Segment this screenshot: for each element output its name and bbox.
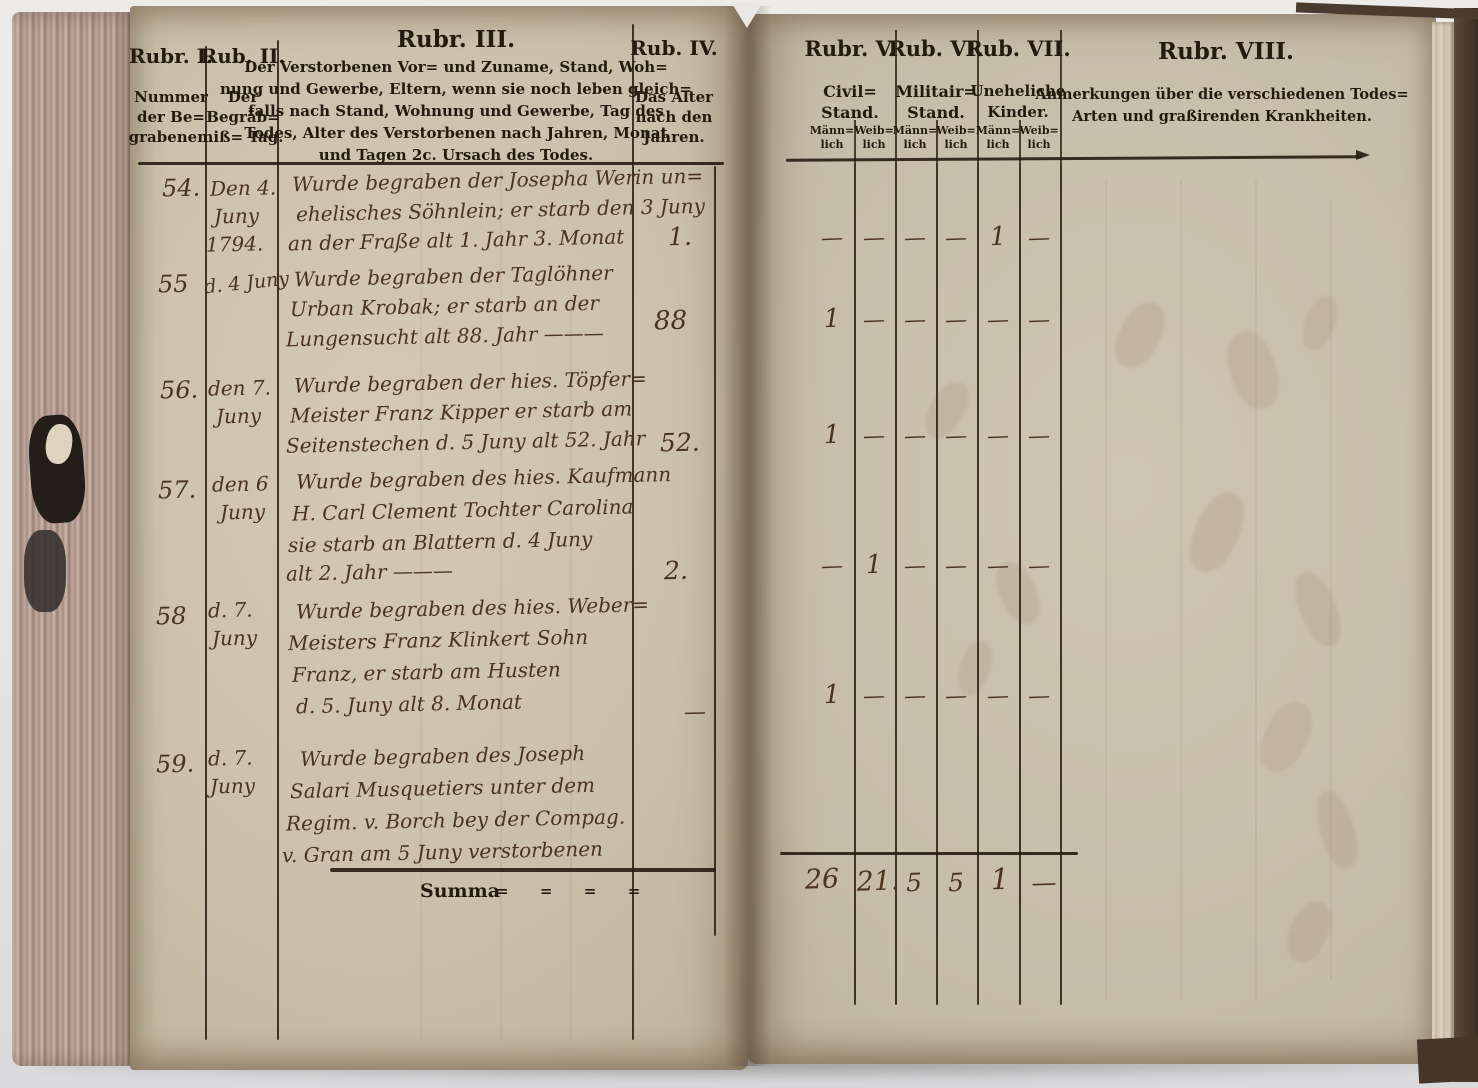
left-column-rule-4 xyxy=(714,166,716,936)
entry-age: 1. xyxy=(668,222,692,251)
tally-cell: — xyxy=(1028,424,1051,450)
tally-cell: — xyxy=(1028,554,1051,580)
tally-cell: — xyxy=(904,308,927,334)
tally-cell: 1 xyxy=(823,420,841,451)
tally-cell: 1 xyxy=(823,680,841,711)
tally-cell: — xyxy=(945,554,968,580)
subheader-female: Weib= xyxy=(854,124,894,137)
col1-heading-line: Nummer xyxy=(134,88,208,106)
left-summa-line xyxy=(330,868,716,872)
entry-date-line: Juny xyxy=(220,500,266,525)
col5-heading-line: Civil= xyxy=(823,82,877,101)
col4-heading-line: Jahren. xyxy=(643,128,704,146)
summary-total: 5 xyxy=(906,868,923,898)
tally-cell: — xyxy=(1028,308,1051,334)
subheader-male: Männ= xyxy=(893,124,938,137)
entry-age: — xyxy=(684,700,707,725)
entry-number: 54. xyxy=(162,174,201,203)
col8-heading-line: Arten und graßirenden Krankheiten. xyxy=(1072,108,1372,125)
col3-heading-line: und Tagen 2c. Ursach des Todes. xyxy=(319,146,593,164)
tally-cell: — xyxy=(904,226,927,252)
tally-cell: — xyxy=(821,554,844,580)
tally-cell: 1 xyxy=(989,222,1007,253)
right-fore-edge-pages xyxy=(1432,22,1456,1048)
entry-date-line: Juny xyxy=(210,774,256,799)
tally-cell: 1 xyxy=(823,304,841,335)
left-column-rule-1 xyxy=(205,46,207,1040)
tally-cell: — xyxy=(945,684,968,710)
col3-heading-line: falls nach Stand, Wohnung und Gewerbe, T… xyxy=(248,102,664,120)
entry-number: 55 xyxy=(158,270,189,299)
entry-date-line: 1794. xyxy=(206,231,264,256)
entry-number: 56. xyxy=(160,376,199,405)
rubric-7-label: Rub. VII. xyxy=(965,36,1070,61)
col3-heading-line: nung und Gewerbe, Eltern, wenn sie noch … xyxy=(220,80,692,98)
subheader-female: lich xyxy=(1027,138,1050,151)
right-summa-line xyxy=(780,852,1078,855)
tally-cell: — xyxy=(945,226,968,252)
tally-cell: — xyxy=(904,684,927,710)
summary-total: 21. xyxy=(856,865,900,897)
book-cover-bottom-corner xyxy=(1417,1036,1478,1083)
tally-cell: — xyxy=(987,308,1010,334)
subheader-male: Männ= xyxy=(976,124,1021,137)
entry-date-line: Den 4. xyxy=(210,175,277,200)
tally-rule-3 xyxy=(936,162,938,1005)
tally-cell: — xyxy=(904,424,927,450)
tally-cell: — xyxy=(863,684,886,710)
entry-date-line: d. 7. xyxy=(208,746,253,771)
col1-heading-line: grabenen. xyxy=(129,128,214,146)
col6-heading-line: Militair= xyxy=(895,82,977,101)
tally-cell: — xyxy=(863,424,886,450)
tally-cell: — xyxy=(945,424,968,450)
summa-dash-marks: = = = = xyxy=(496,882,640,900)
photo-of-open-burial-register: Rubr. I. Rub. II. Rubr. III. Rub. IV. Nu… xyxy=(0,0,1478,1088)
paper-crease xyxy=(1180,180,1182,1000)
col7-heading-line: Kinder. xyxy=(987,103,1048,121)
entry-number: 58 xyxy=(156,602,187,631)
entry-age: 88 xyxy=(654,306,688,337)
entry-date-line: Juny xyxy=(212,626,258,651)
tally-rule-6 xyxy=(1060,162,1062,1005)
entry-number: 57. xyxy=(158,476,197,505)
tally-cell: — xyxy=(1028,684,1051,710)
rubric-5-label: Rubr. V. xyxy=(804,36,895,61)
tally-cell: — xyxy=(904,554,927,580)
gutter-top-notch xyxy=(731,2,763,28)
entry-date-line: d. 7. xyxy=(208,598,253,623)
tally-rule-4 xyxy=(977,162,979,1005)
col4-heading-line: Das Alter xyxy=(635,88,713,106)
entry-text-line: alt 2. Jahr ——— xyxy=(286,558,453,585)
entry-text-line: d. 5. Juny alt 8. Monat xyxy=(296,690,522,719)
col1-heading-line: der Be= xyxy=(137,108,205,126)
entry-number: 59. xyxy=(156,750,195,779)
col3-heading-line: Der Verstorbenen Vor= und Zuname, Stand,… xyxy=(244,58,668,76)
col3-heading-line: Todes, Alter des Verstorbenen nach Jahre… xyxy=(244,124,667,142)
subheader-female: lich xyxy=(944,138,967,151)
entry-date-line: Juny xyxy=(214,204,260,229)
col5-heading-line: Stand. xyxy=(821,103,879,122)
subheader-female: Weib= xyxy=(936,124,976,137)
rubric-4-label: Rub. IV. xyxy=(630,36,717,60)
rubric-8-label: Rubr. VIII. xyxy=(1158,38,1294,65)
rubric-3-label: Rubr. III. xyxy=(397,26,515,53)
col4-heading-line: nach den xyxy=(636,108,713,126)
paper-crease xyxy=(1105,180,1107,1000)
right-page-paper xyxy=(748,14,1436,1064)
subheader-male: lich xyxy=(820,138,843,151)
tally-cell: — xyxy=(863,308,886,334)
summa-label: Summa xyxy=(420,880,500,902)
edge-damage-spot-2 xyxy=(24,530,66,612)
summary-total: 5 xyxy=(948,868,965,898)
book-gutter-shadow xyxy=(724,6,772,1066)
col6-heading-line: Stand. xyxy=(907,103,965,122)
paper-crease xyxy=(1255,180,1257,1000)
tally-cell: — xyxy=(1028,226,1051,252)
tally-cell: — xyxy=(945,308,968,334)
subheader-male: Männ= xyxy=(810,124,855,137)
subheader-female: Weib= xyxy=(1019,124,1059,137)
summary-total: — xyxy=(1031,868,1057,898)
tally-cell: — xyxy=(821,226,844,252)
entry-date-line: den 6 xyxy=(212,471,269,496)
tally-rule-5 xyxy=(1019,162,1021,1005)
entry-date-line: Juny xyxy=(216,404,262,429)
subheader-female: lich xyxy=(862,138,885,151)
tally-cell: — xyxy=(863,226,886,252)
summary-total: 26 xyxy=(804,863,839,895)
entry-date-line: den 7. xyxy=(208,375,271,400)
subheader-male: lich xyxy=(986,138,1009,151)
col8-heading-line: Anmerkungen über die verschiedenen Todes… xyxy=(1035,86,1408,103)
tally-cell: — xyxy=(987,684,1010,710)
subheader-male: lich xyxy=(903,138,926,151)
entry-age: 2. xyxy=(664,556,688,585)
tally-cell: — xyxy=(987,554,1010,580)
right-header-underline-arrow xyxy=(1356,150,1370,160)
tally-cell: — xyxy=(987,424,1010,450)
book-cover-right-edge xyxy=(1454,8,1478,1082)
tally-cell: 1 xyxy=(865,550,883,581)
entry-age: 52. xyxy=(660,428,700,458)
summary-total: 1 xyxy=(990,862,1010,897)
left-column-rule-2 xyxy=(277,40,279,1040)
